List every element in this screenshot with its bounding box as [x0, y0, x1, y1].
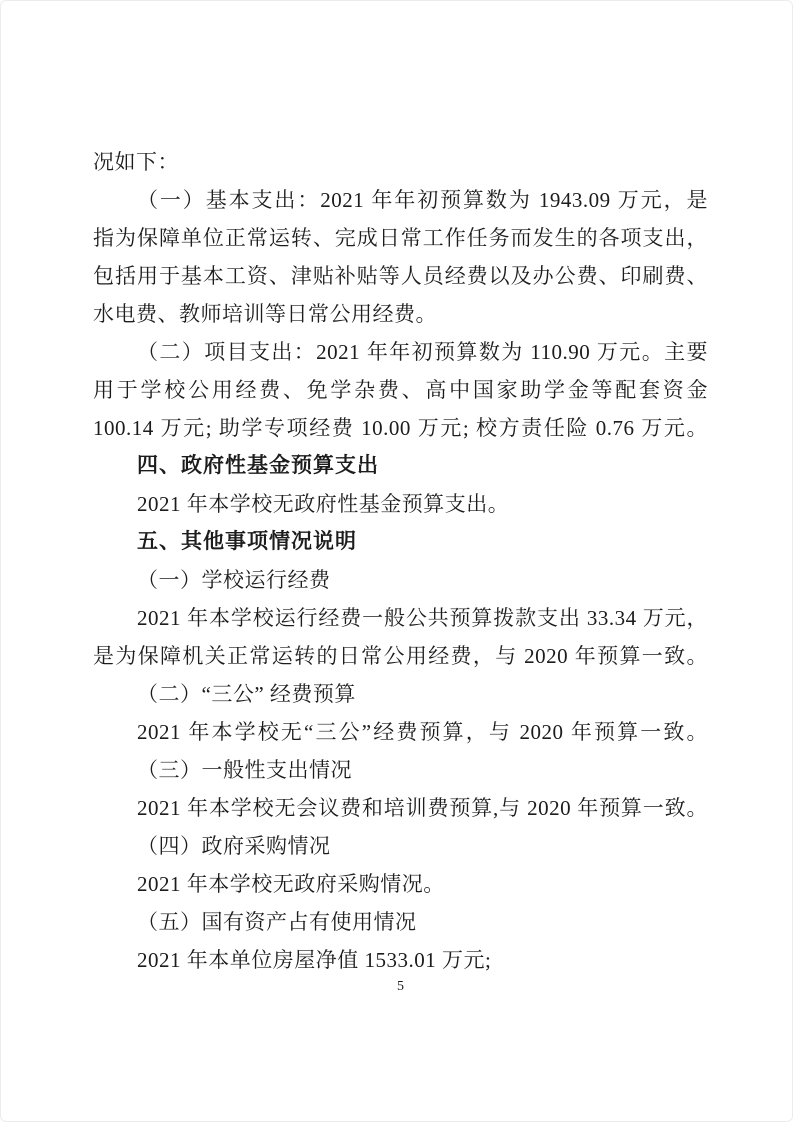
section-heading: 五、其他事项情况说明	[93, 523, 708, 561]
text-line: 指为保障单位正常运转、完成日常工作任务而发生的各项支出，	[93, 219, 708, 257]
page-number: 5	[93, 977, 708, 997]
text-line: 2021 年本学校无会议费和培训费预算,与 2020 年预算一致。	[93, 789, 708, 827]
section-heading: 四、政府性基金预算支出	[93, 447, 708, 485]
text-line: 2021 年本学校无“三公”经费预算，与 2020 年预算一致。	[93, 713, 708, 751]
document-page: 况如下：（一）基本支出：2021 年年初预算数为 1943.09 万元，是指为保…	[0, 0, 793, 1122]
document-body: 况如下：（一）基本支出：2021 年年初预算数为 1943.09 万元，是指为保…	[93, 143, 708, 979]
text-line: （二）“三公” 经费预算	[93, 675, 708, 713]
text-line: （五）国有资产占有使用情况	[93, 903, 708, 941]
text-line: 2021 年本学校运行经费一般公共预算拨款支出 33.34 万元，	[93, 599, 708, 637]
text-line: （一）学校运行经费	[93, 561, 708, 599]
text-line: 况如下：	[93, 143, 708, 181]
text-line: （二）项目支出：2021 年年初预算数为 110.90 万元。主要	[93, 333, 708, 371]
text-line: 包括用于基本工资、津贴补贴等人员经费以及办公费、印刷费、	[93, 257, 708, 295]
text-line: 2021 年本单位房屋净值 1533.01 万元;	[93, 941, 708, 979]
text-line: （四）政府采购情况	[93, 827, 708, 865]
text-line: 是为保障机关正常运转的日常公用经费，与 2020 年预算一致。	[93, 637, 708, 675]
text-line: 水电费、教师培训等日常公用经费。	[93, 295, 708, 333]
text-line: 用于学校公用经费、免学杂费、高中国家助学金等配套资金	[93, 371, 708, 409]
text-line: （一）基本支出：2021 年年初预算数为 1943.09 万元，是	[93, 181, 708, 219]
text-line: 2021 年本学校无政府性基金预算支出。	[93, 485, 708, 523]
text-line: （三）一般性支出情况	[93, 751, 708, 789]
text-line: 100.14 万元; 助学专项经费 10.00 万元; 校方责任险 0.76 万…	[93, 409, 708, 447]
text-line: 2021 年本学校无政府采购情况。	[93, 865, 708, 903]
